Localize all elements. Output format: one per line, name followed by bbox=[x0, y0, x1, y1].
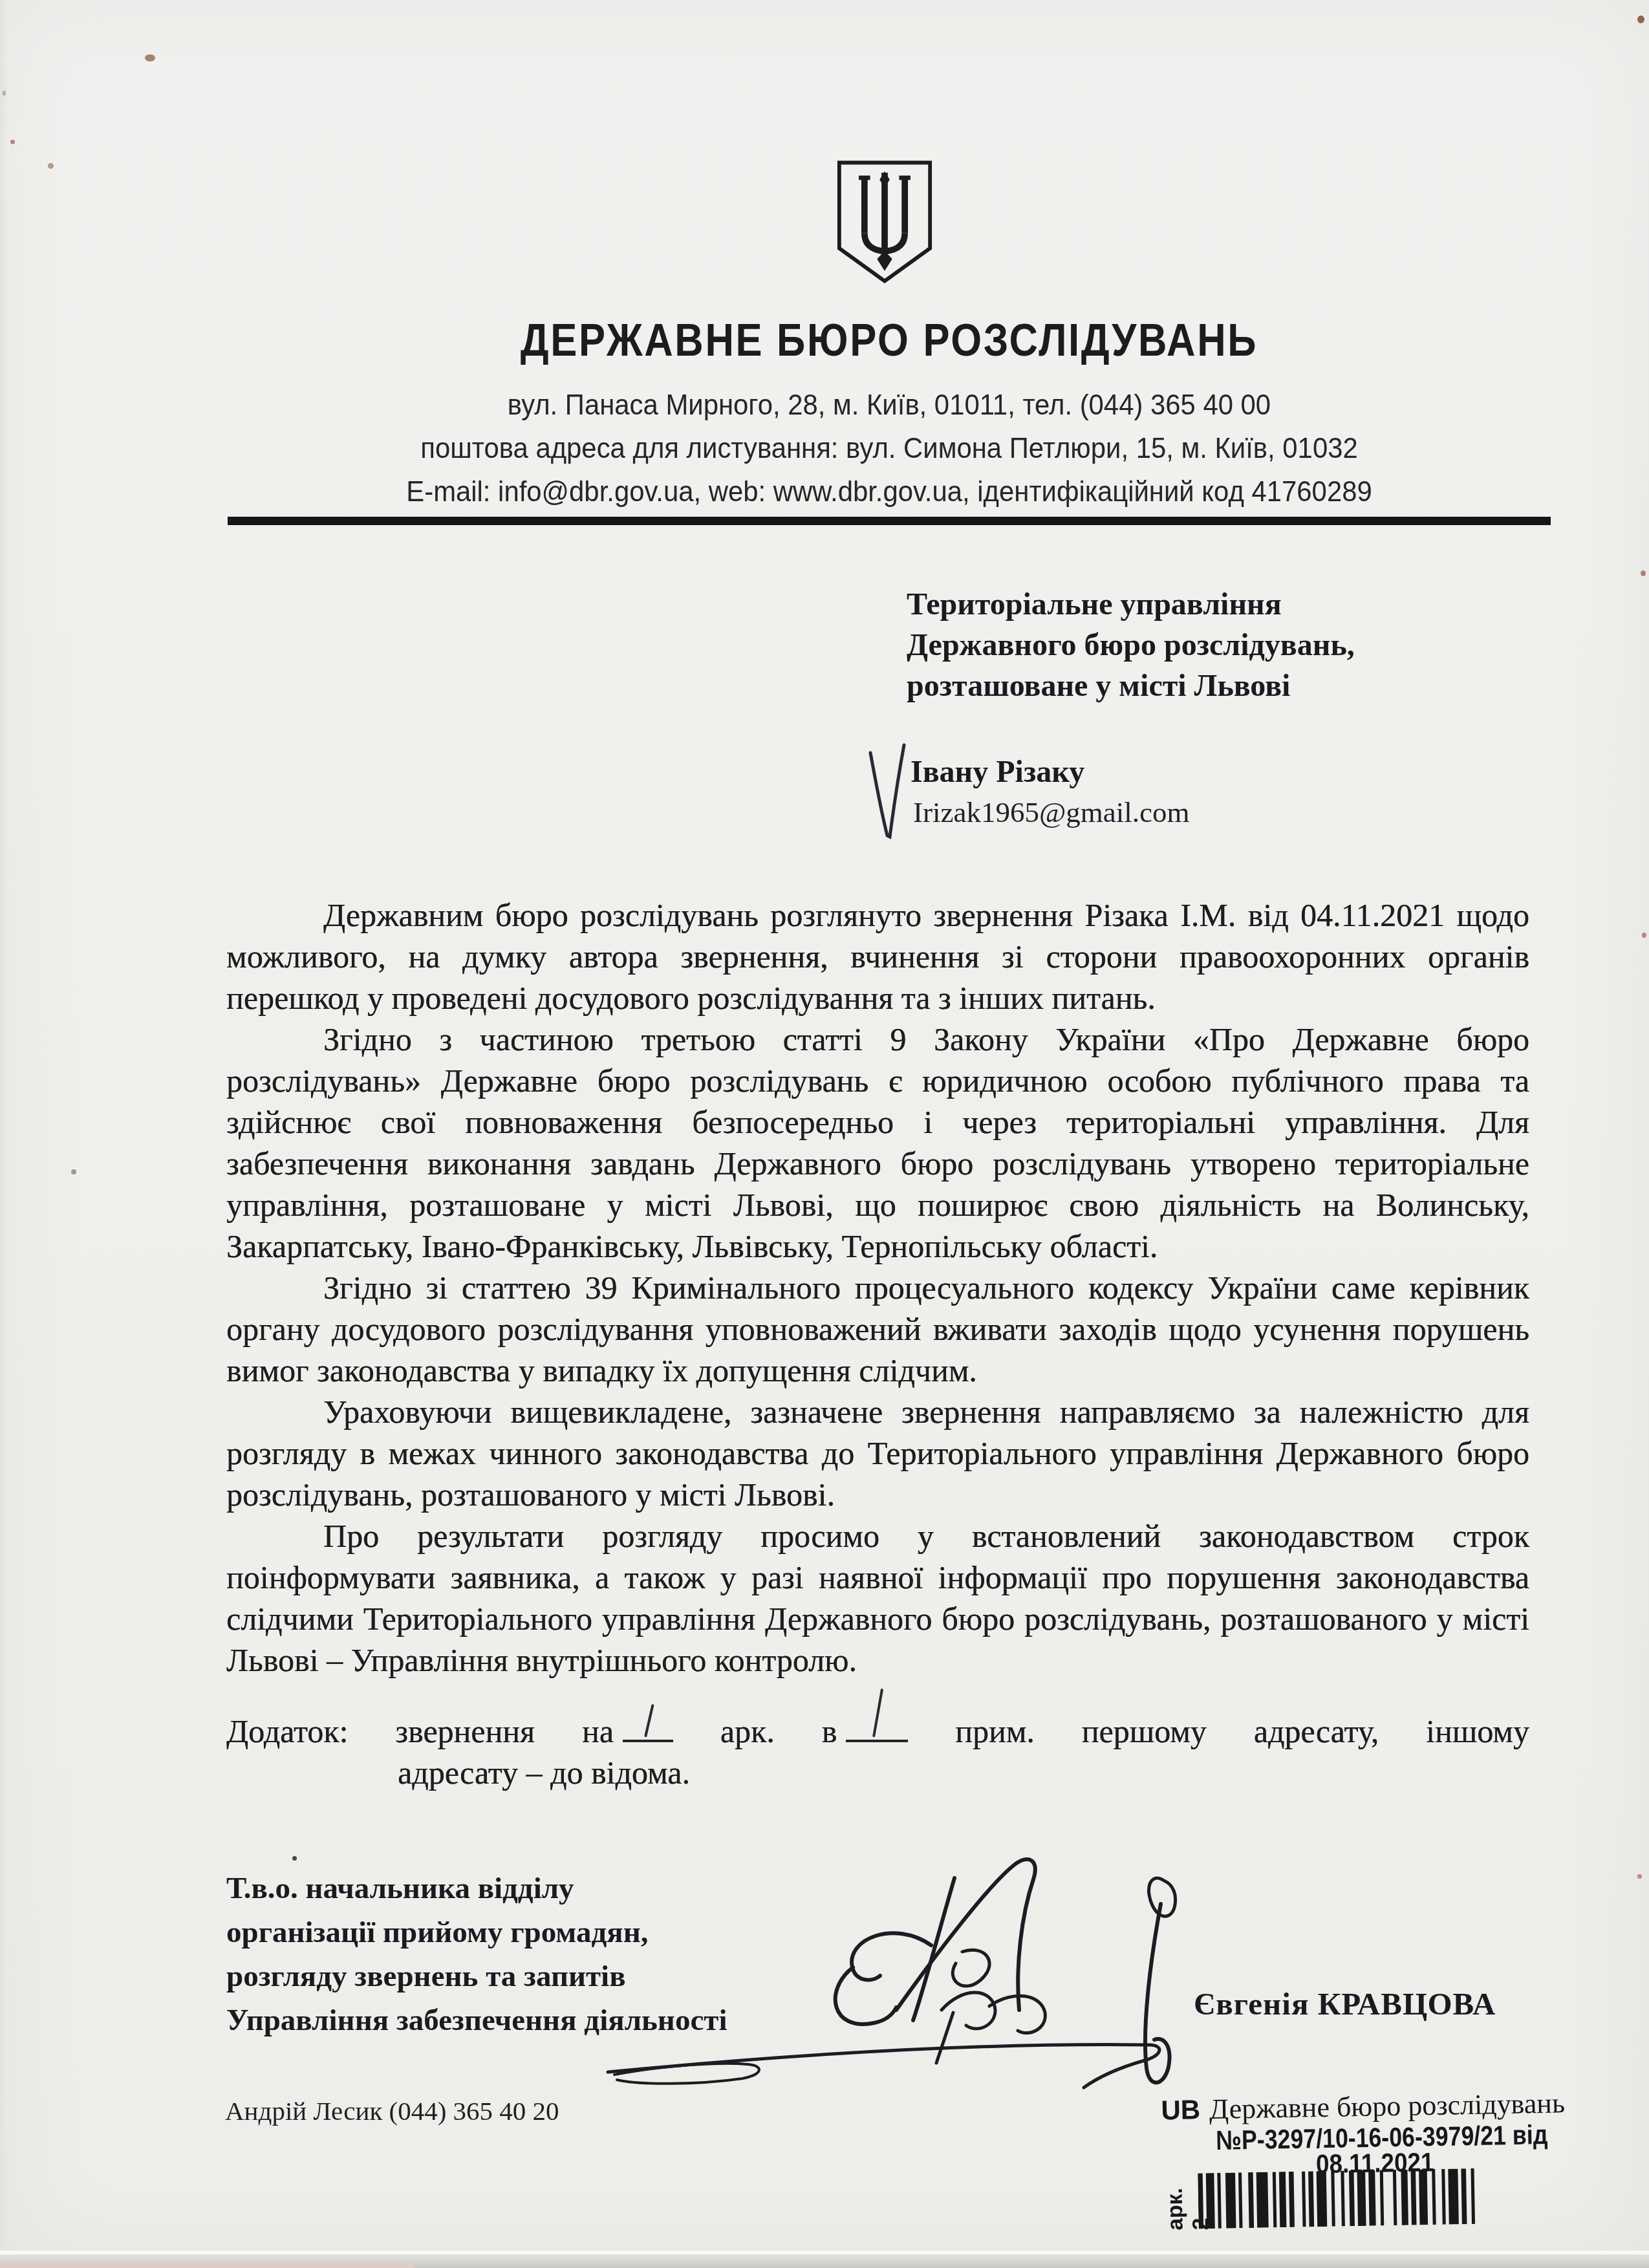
attachment-label: Додаток: bbox=[226, 1711, 348, 1752]
recipient-line-1: Територіальне управління bbox=[907, 584, 1355, 625]
stamp-org-prefix: UB bbox=[1161, 2094, 1200, 2125]
registration-stamp: UBДержавне бюро розслідувань №Р-3297/10-… bbox=[1159, 2086, 1563, 2248]
address-line-1: вул. Панаса Мирного, 28, м. Київ, 01011,… bbox=[288, 383, 1491, 426]
executor-contact: Андрій Лесик (044) 365 40 20 bbox=[225, 2095, 559, 2126]
attachment-note: Додаток: звернення на арк. в прим. першо… bbox=[226, 1711, 1529, 1793]
scan-speck bbox=[1642, 933, 1646, 938]
org-title: ДЕРЖАВНЕ БЮРО РОЗСЛІДУВАНЬ bbox=[320, 314, 1458, 366]
scan-bottom-pink-tinge bbox=[0, 2263, 414, 2268]
attachment-line-2: адресату – до відома. bbox=[398, 1752, 1529, 1793]
paragraph-3: Згідно зі статтею 39 Кримінального проце… bbox=[226, 1267, 1529, 1391]
attachment-line-1: Додаток: звернення на арк. в прим. першо… bbox=[226, 1711, 1529, 1752]
scan-speck bbox=[10, 140, 15, 144]
letterhead-address: вул. Панаса Мирного, 28, м. Київ, 01011,… bbox=[288, 383, 1491, 513]
signer-name: Євгенія КРАВЦОВА bbox=[1194, 1985, 1496, 2022]
attachment-word: звернення bbox=[395, 1711, 535, 1752]
addressee-email: Irizak1965@gmail.com bbox=[913, 795, 1190, 829]
ukraine-trident-emblem bbox=[835, 159, 934, 287]
attachment-word: першому bbox=[1082, 1711, 1207, 1752]
letterhead-divider bbox=[228, 517, 1551, 525]
fill-in-blank-sheets bbox=[623, 1736, 673, 1742]
handwritten-checkmark bbox=[864, 741, 918, 851]
paragraph-5: Про результати розгляду просимо у встано… bbox=[226, 1515, 1529, 1681]
ink-dot bbox=[292, 1856, 297, 1861]
fill-in-blank-copies bbox=[846, 1736, 908, 1742]
address-line-3: E-mail: info@dbr.gov.ua, web: www.dbr.go… bbox=[288, 470, 1491, 513]
attachment-word: прим. bbox=[955, 1711, 1035, 1752]
attachment-word: в bbox=[822, 1711, 909, 1752]
scan-speck bbox=[1637, 1874, 1642, 1879]
handwritten-one-mark bbox=[644, 1704, 654, 1738]
handwritten-one-mark bbox=[872, 1689, 883, 1738]
scan-speck bbox=[1637, 16, 1644, 23]
paragraph-4: Ураховуючи вищевикладене, зазначене звер… bbox=[226, 1391, 1529, 1515]
registration-barcode bbox=[1198, 2168, 1483, 2229]
scan-speck bbox=[71, 1169, 76, 1174]
scan-left-edge-shading bbox=[0, 0, 8, 2268]
handwritten-signature bbox=[600, 1847, 1205, 2112]
scan-speck bbox=[1641, 570, 1646, 576]
addressee-name: Івану Різаку bbox=[911, 754, 1084, 790]
scan-speck bbox=[145, 54, 155, 61]
recipient-block: Територіальне управління Державного бюро… bbox=[907, 584, 1355, 706]
scanned-letter-page: ДЕРЖАВНЕ БЮРО РОЗСЛІДУВАНЬ вул. Панаса М… bbox=[0, 0, 1649, 2268]
scan-speck bbox=[48, 163, 54, 169]
recipient-line-3: розташоване у місті Львові bbox=[907, 665, 1355, 706]
attachment-word: адресату, bbox=[1254, 1711, 1379, 1752]
paragraph-1: Державним бюро розслідувань розглянуто з… bbox=[226, 894, 1529, 1019]
address-line-2: поштова адреса для листування: вул. Симо… bbox=[288, 426, 1491, 470]
letter-body: Державним бюро розслідувань розглянуто з… bbox=[226, 894, 1529, 1681]
attachment-word: на bbox=[582, 1711, 673, 1752]
recipient-line-2: Державного бюро розслідувань, bbox=[907, 625, 1355, 665]
attachment-word: арк. bbox=[720, 1711, 775, 1752]
paragraph-2: Згідно з частиною третьою статті 9 Закон… bbox=[226, 1019, 1529, 1267]
attachment-word: іншому bbox=[1426, 1711, 1529, 1752]
